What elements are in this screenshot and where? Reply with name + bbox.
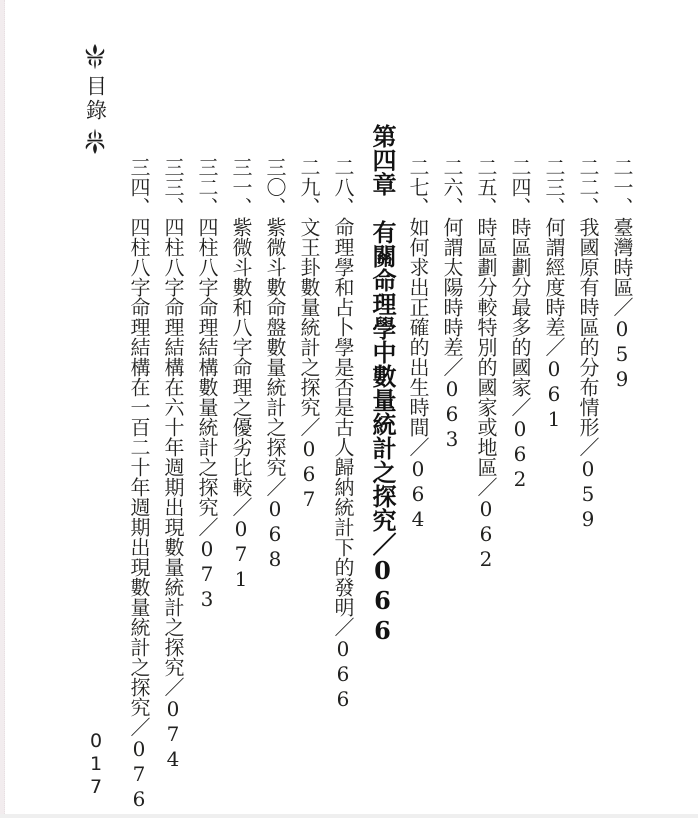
entry-number: 二七 [406, 157, 430, 197]
entry-separator: 、 [263, 197, 287, 217]
entry-separator: 、 [542, 197, 566, 217]
entry-slash: ／ [474, 477, 498, 497]
entry-number: 第四章 [368, 124, 397, 196]
toc-entry: 二五、時區劃分較特別的國家或地區／062 [476, 124, 496, 818]
entry-slash: ／ [195, 517, 219, 537]
entry-separator [368, 196, 397, 220]
entry-number: 三四 [127, 157, 151, 197]
fleur-ornament-top-icon [84, 44, 106, 70]
entry-page: 074 [161, 697, 185, 772]
entry-number: 三二 [195, 157, 219, 197]
toc-entry: 三四、四柱八字命理結構在一百二十年週期出現數量統計之探究／076 [129, 124, 149, 818]
entry-separator: 、 [474, 197, 498, 217]
entry-separator: 、 [331, 197, 355, 217]
entry-title: 如何求出正確的出生時間 [406, 217, 430, 437]
entry-title: 紫微斗數和八字命理之優劣比較 [229, 217, 253, 497]
toc-entry: 二二、我國原有時區的分布情形／059 [578, 124, 598, 818]
entry-title: 有關命理學中數量統計之探究 [368, 220, 397, 532]
toc-entry: 三〇、紫微斗數命盤數量統計之探究／068 [265, 124, 285, 818]
entry-title: 時區劃分較特別的國家或地區 [474, 217, 498, 477]
entry-slash: ／ [610, 297, 634, 317]
entry-separator: 、 [440, 197, 464, 217]
entry-slash: ／ [368, 532, 397, 556]
entry-separator: 、 [127, 197, 151, 217]
entry-slash: ／ [331, 617, 355, 637]
entry-page: 073 [195, 537, 219, 612]
entry-slash: ／ [229, 497, 253, 517]
entry-separator: 、 [161, 197, 185, 217]
entry-title: 文王卦數量統計之探究 [297, 217, 321, 417]
entry-number: 二八 [331, 157, 355, 197]
entry-number: 二五 [474, 157, 498, 197]
scan-edge-left [0, 0, 5, 818]
entry-number: 三〇 [263, 157, 287, 197]
entry-title: 我國原有時區的分布情形 [576, 217, 600, 437]
entry-slash: ／ [406, 437, 430, 457]
toc-entry: 二七、如何求出正確的出生時間／064 [408, 124, 428, 818]
book-page: 目錄 二一、臺灣時區／059二二、我國原有時區的分布情形／059二三、何謂經度時… [0, 0, 698, 818]
entry-page: 067 [297, 437, 321, 512]
entry-title: 四柱八字命理結構數量統計之探究 [195, 217, 219, 517]
entry-title: 何謂太陽時時差 [440, 217, 464, 357]
entry-slash: ／ [508, 397, 532, 417]
toc-title: 目錄 [85, 75, 106, 123]
entry-number: 三一 [229, 157, 253, 197]
page-number: 017 [86, 730, 105, 799]
toc-entry: 二四、時區劃分最多的國家／062 [510, 124, 530, 818]
entry-number: 二四 [508, 157, 532, 197]
entry-slash: ／ [542, 337, 566, 357]
toc-entry: 二一、臺灣時區／059 [612, 124, 632, 818]
entry-separator: 、 [406, 197, 430, 217]
fleur-ornament-bottom-icon [84, 128, 106, 154]
entry-slash: ／ [440, 357, 464, 377]
entry-page: 063 [440, 377, 464, 452]
entry-number: 二九 [297, 157, 321, 197]
entry-page: 062 [474, 497, 498, 572]
entry-separator: 、 [195, 197, 219, 217]
toc-list: 二一、臺灣時區／059二二、我國原有時區的分布情形／059二三、何謂經度時差／0… [115, 124, 632, 818]
entry-number: 二二 [576, 157, 600, 197]
entry-page: 062 [508, 417, 532, 492]
entry-separator: 、 [229, 197, 253, 217]
entry-slash: ／ [297, 417, 321, 437]
entry-title: 命理學和占卜學是否是古人歸納統計下的發明 [331, 217, 355, 617]
entry-title: 何謂經度時差 [542, 217, 566, 337]
toc-header: 目錄 [80, 44, 110, 154]
entry-slash: ／ [161, 677, 185, 697]
entry-slash: ／ [263, 477, 287, 497]
entry-title: 紫微斗數命盤數量統計之探究 [263, 217, 287, 477]
toc-entry: 二九、文王卦數量統計之探究／067 [299, 124, 319, 818]
entry-number: 二三 [542, 157, 566, 197]
entry-slash: ／ [576, 437, 600, 457]
entry-page: 068 [263, 497, 287, 572]
toc-entry: 第四章 有關命理學中數量統計之探究／066 [370, 124, 394, 818]
entry-page: 059 [576, 457, 600, 532]
toc-entry: 三三、四柱八字命理結構在六十年週期出現數量統計之探究／074 [163, 124, 183, 818]
entry-title: 時區劃分最多的國家 [508, 217, 532, 397]
toc-entry: 二八、命理學和占卜學是否是古人歸納統計下的發明／066 [333, 124, 353, 818]
entry-title: 四柱八字命理結構在一百二十年週期出現數量統計之探究 [127, 217, 151, 717]
entry-number: 二一 [610, 157, 634, 197]
entry-separator: 、 [297, 197, 321, 217]
entry-page: 061 [542, 357, 566, 432]
entry-separator: 、 [610, 197, 634, 217]
entry-page: 064 [406, 457, 430, 532]
entry-title: 臺灣時區 [610, 217, 634, 297]
entry-page: 066 [368, 556, 397, 646]
toc-entry: 三一、紫微斗數和八字命理之優劣比較／071 [231, 124, 251, 818]
entry-page: 076 [127, 737, 151, 812]
entry-page: 059 [610, 317, 634, 392]
entry-separator: 、 [576, 197, 600, 217]
entry-number: 二六 [440, 157, 464, 197]
entry-slash: ／ [127, 717, 151, 737]
entry-page: 071 [229, 517, 253, 592]
toc-entry: 二六、何謂太陽時時差／063 [442, 124, 462, 818]
toc-entry: 三二、四柱八字命理結構數量統計之探究／073 [197, 124, 217, 818]
entry-separator: 、 [508, 197, 532, 217]
entry-page: 066 [331, 637, 355, 712]
entry-number: 三三 [161, 157, 185, 197]
entry-title: 四柱八字命理結構在六十年週期出現數量統計之探究 [161, 217, 185, 677]
toc-entry: 二三、何謂經度時差／061 [544, 124, 564, 818]
